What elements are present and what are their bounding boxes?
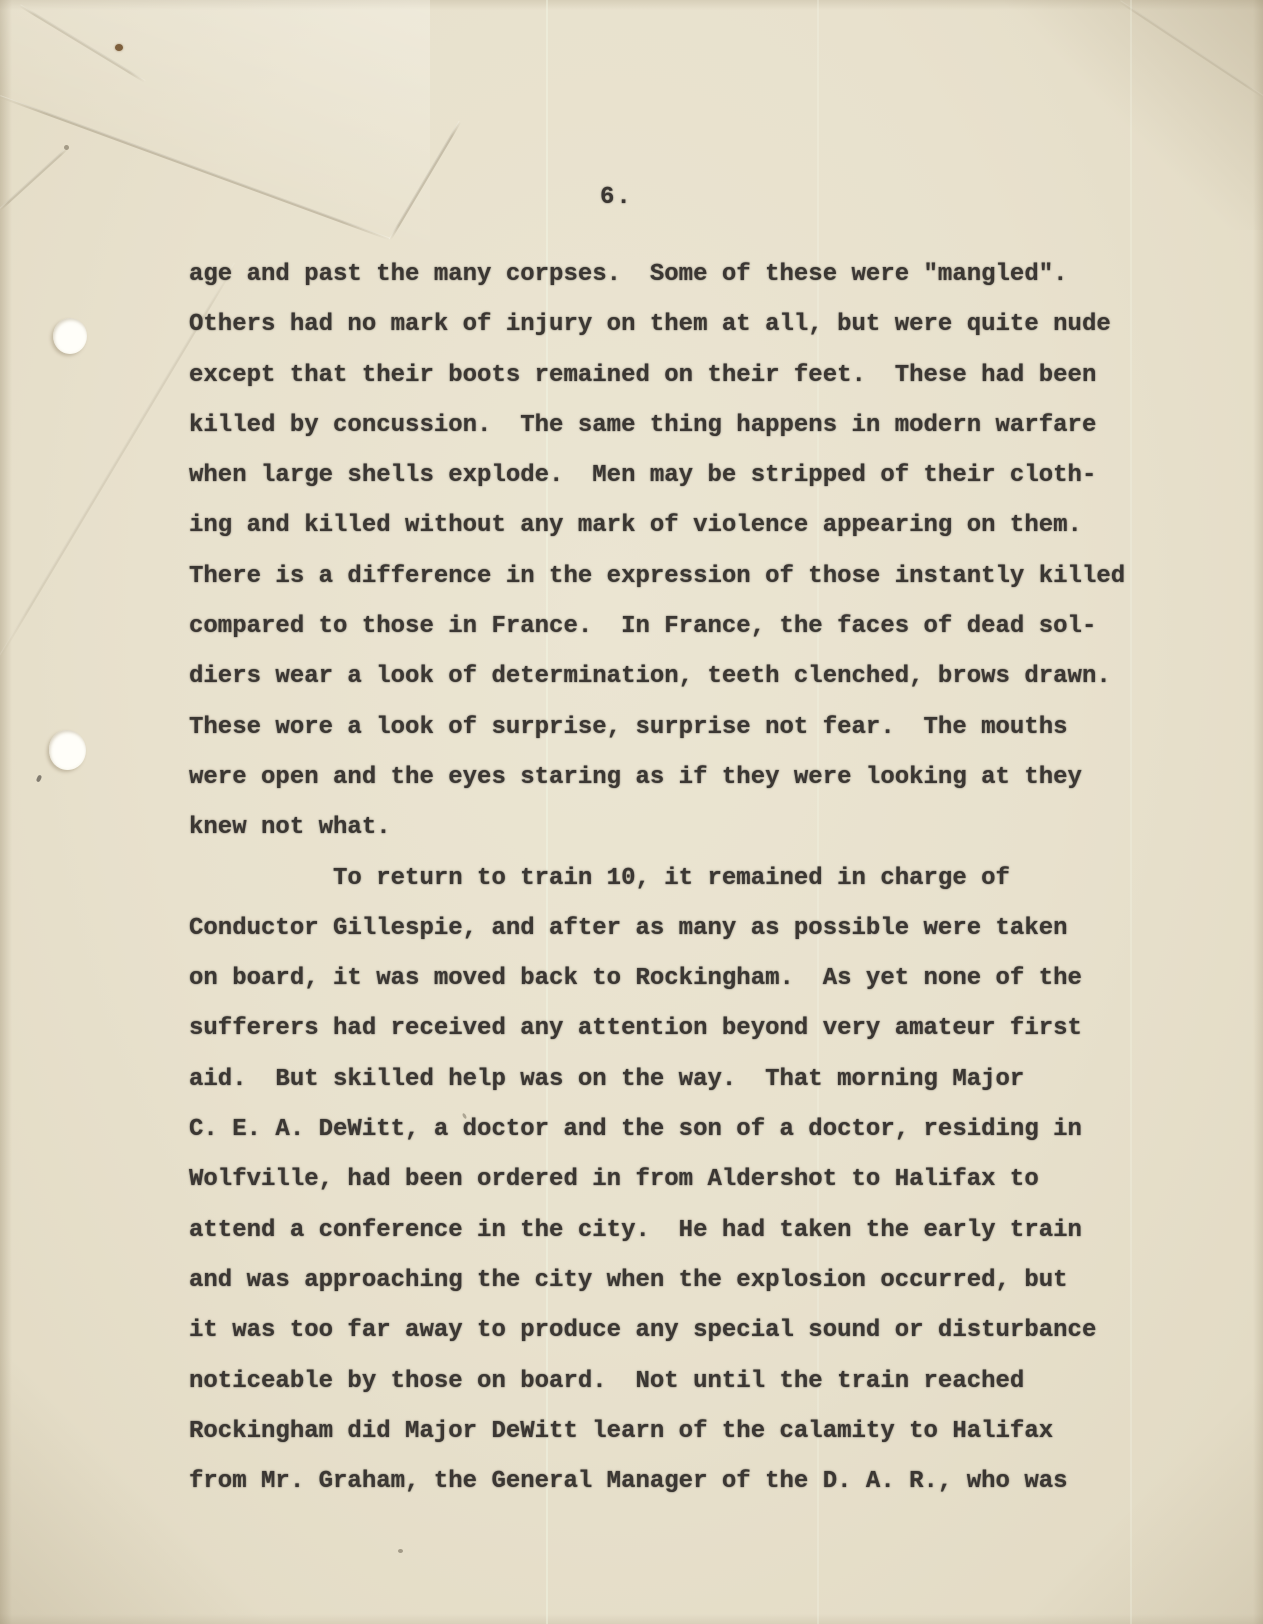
page-number: 6. — [600, 184, 633, 211]
text-line: aid. But skilled help was on the way. Th… — [189, 1055, 1125, 1105]
fold-highlight-top-left — [0, 0, 430, 270]
paper-edge-shading-bottom — [0, 1614, 1263, 1624]
text-line: sufferers had received any attention bey… — [189, 1004, 1125, 1054]
paper-speck — [398, 1549, 403, 1553]
punch-hole-bottom — [49, 730, 86, 770]
text-line: There is a difference in the expression … — [189, 552, 1125, 602]
text-line: it was too far away to produce any speci… — [189, 1306, 1125, 1356]
text-line: and was approaching the city when the ex… — [189, 1256, 1125, 1306]
text-line: diers wear a look of determination, teet… — [189, 652, 1125, 702]
text-line: Others had no mark of injury on them at … — [189, 300, 1125, 350]
punch-hole-top — [53, 318, 87, 354]
text-line: knew not what. — [189, 803, 1125, 853]
text-line: To return to train 10, it remained in ch… — [189, 854, 1125, 904]
text-line: ing and killed without any mark of viole… — [189, 501, 1125, 551]
text-line: were open and the eyes staring as if the… — [189, 753, 1125, 803]
paper-crease — [0, 95, 390, 240]
text-line: Wolfville, had been ordered in from Alde… — [189, 1155, 1125, 1205]
text-line: killed by concussion. The same thing hap… — [189, 401, 1125, 451]
text-line: attend a conference in the city. He had … — [189, 1206, 1125, 1256]
text-line: when large shells explode. Men may be st… — [189, 451, 1125, 501]
paper-speck — [64, 145, 69, 150]
paper-edge-shading-left — [0, 0, 12, 1624]
paper-crease — [389, 121, 462, 240]
text-line: except that their boots remained on thei… — [189, 351, 1125, 401]
text-line: age and past the many corpses. Some of t… — [189, 250, 1125, 300]
paper-speck — [115, 44, 123, 51]
text-line: Rockingham did Major DeWitt learn of the… — [189, 1407, 1125, 1457]
text-line: noticeable by those on board. Not until … — [189, 1357, 1125, 1407]
paper-crease — [19, 4, 145, 82]
body-text: age and past the many corpses. Some of t… — [189, 250, 1125, 1507]
scanner-streak — [1130, 0, 1132, 1624]
paper-edge-shading-right — [1253, 0, 1263, 1624]
text-line: C. E. A. DeWitt, a doctor and the son of… — [189, 1105, 1125, 1155]
document-page: 6. age and past the many corpses. Some o… — [0, 0, 1263, 1624]
text-line: on board, it was moved back to Rockingha… — [189, 954, 1125, 1004]
text-line: Conductor Gillespie, and after as many a… — [189, 904, 1125, 954]
paper-edge-shading-top — [0, 0, 1263, 10]
corner-shadow-top-right — [943, 0, 1263, 230]
text-line: These wore a look of surprise, surprise … — [189, 703, 1125, 753]
paper-crease — [1119, 0, 1263, 98]
text-line: from Mr. Graham, the General Manager of … — [189, 1457, 1125, 1507]
text-line: compared to those in France. In France, … — [189, 602, 1125, 652]
paper-speck — [36, 774, 43, 782]
